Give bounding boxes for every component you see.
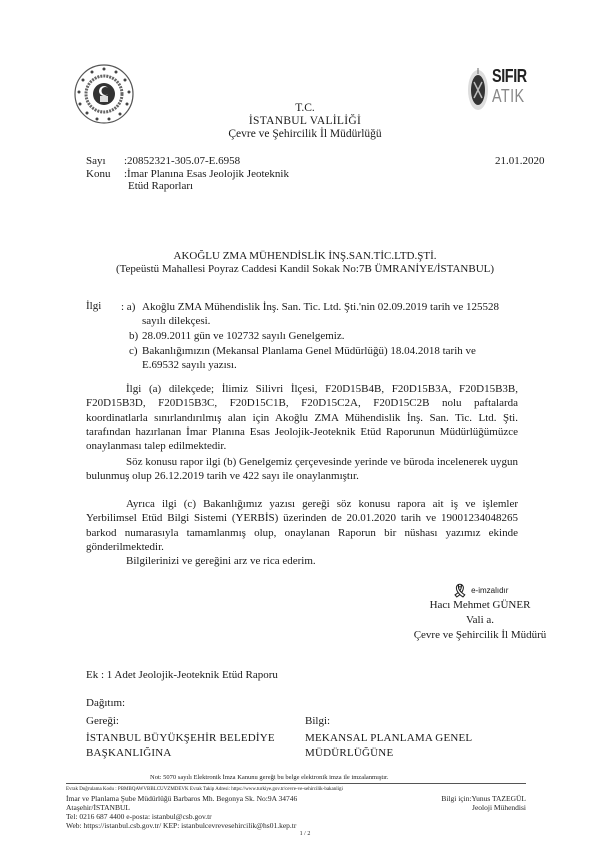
esignature-legal-note: Not: 5070 sayılı Elektronik İmza Kanunu … xyxy=(150,774,388,781)
info-contact-title: Jeoloji Mühendisi xyxy=(472,803,526,812)
document-date: 21.01.2020 xyxy=(495,155,545,167)
office-address-line1: İmar ve Planlama Şube Müdürlüğü Barbaros… xyxy=(66,794,297,803)
ilgi-c-line1: Bakanlığımızın (Mekansal Planlama Genel … xyxy=(142,344,476,358)
konu-label: Konu xyxy=(86,168,110,180)
recipient-name: AKOĞLU ZMA MÜHENDİSLİK İNŞ.SAN.TİC.LTD.Ş… xyxy=(0,250,610,262)
ilgi-c-line2: E.69532 sayılı yazısı. xyxy=(142,358,237,372)
esignature-badge: 🎗︎e-imzalıdır xyxy=(390,583,570,598)
ilgi-b-prefix: b) xyxy=(129,329,138,343)
document-verification-line: Evrak Doğrulama Kodu : PBMBQAWVBBLCUVZMD… xyxy=(66,786,343,794)
office-contact-phone-email: Tel: 0216 687 4400 e-posta: istanbul@csb… xyxy=(66,812,212,821)
attachment-text: Ek : 1 Adet Jeolojik-Jeoteknik Etüd Rapo… xyxy=(86,669,278,681)
document-page: SIFIR ATIK T.C. İSTANBUL VALİLİĞİ Çevre … xyxy=(0,0,610,864)
body-paragraph-closing: Bilgilerinizi ve gereğini arz ve rica ed… xyxy=(86,554,518,568)
body-paragraph-2: Söz konusu rapor ilgi (b) Genelgemiz çer… xyxy=(86,455,518,484)
info-contact: Bilgi için:Yunus TAZEGÜL xyxy=(441,794,526,803)
body-paragraph-1: İlgi (a) dilekçede; İlimiz Silivri İlçes… xyxy=(86,382,518,453)
bilgi-recipient-line1: MEKANSAL PLANLAMA GENEL xyxy=(305,731,472,746)
signatory-title-2: Çevre ve Şehircilik İl Müdürü xyxy=(390,628,570,643)
ilgi-a-line2: sayılı dilekçesi. xyxy=(142,314,210,328)
ilgi-a-prefix: : a) xyxy=(121,300,135,314)
bilgi-recipient-line2: MÜDÜRLÜĞÜNE xyxy=(305,746,393,761)
header-tc: T.C. xyxy=(0,102,610,115)
gerekgi-recipient-line2: BAŞKANLIĞINA xyxy=(86,746,172,761)
signatory-title-1: Vali a. xyxy=(390,613,570,628)
signatory-name: Hacı Mehmet GÜNER xyxy=(390,598,570,613)
bilgi-label: Bilgi: xyxy=(305,715,330,727)
konu-value: :İmar Planına Esas Jeolojik Jeoteknik xyxy=(124,168,289,180)
sayi-label: Sayı xyxy=(86,155,106,167)
office-address-line2: Ataşehir/İSTANBUL xyxy=(66,803,130,812)
konu-value-cont: Etüd Raporları xyxy=(128,180,193,192)
header-valilik: İSTANBUL VALİLİĞİ xyxy=(0,115,610,128)
body-paragraph-3: Ayrıca ilgi (c) Bakanlığımız yazısı gere… xyxy=(86,497,518,554)
ilgi-c-prefix: c) xyxy=(129,344,138,358)
page-number: 1 / 2 xyxy=(0,831,610,837)
header-mudurluk: Çevre ve Şehircilik İl Müdürlüğü xyxy=(0,128,610,141)
gerekgi-recipient-line1: İSTANBUL BÜYÜKŞEHİR BELEDİYE xyxy=(86,731,275,746)
distribution-label: Dağıtım: xyxy=(86,697,125,709)
recipient-address: (Tepeüstü Mahallesi Poyraz Caddesi Kandi… xyxy=(0,263,610,275)
footer-divider xyxy=(66,783,526,784)
ribbon-icon: 🎗︎ xyxy=(452,583,469,598)
ilgi-b-line1: 28.09.2011 gün ve 102732 sayılı Genelgem… xyxy=(142,329,344,343)
sayi-value: :20852321-305.07-E.6958 xyxy=(124,155,240,167)
esignature-label: e-imzalıdır xyxy=(471,586,508,595)
gerekgi-label: Gereği: xyxy=(86,715,119,727)
sifir-text: SIFIR xyxy=(492,66,527,86)
ilgi-label: İlgi xyxy=(86,300,101,312)
ilgi-a-line1: Akoğlu ZMA Mühendislik İnş. San. Tic. Lt… xyxy=(142,300,499,314)
office-web-kep: Web: https://istanbul.csb.gov.tr/ KEP: i… xyxy=(66,821,296,830)
